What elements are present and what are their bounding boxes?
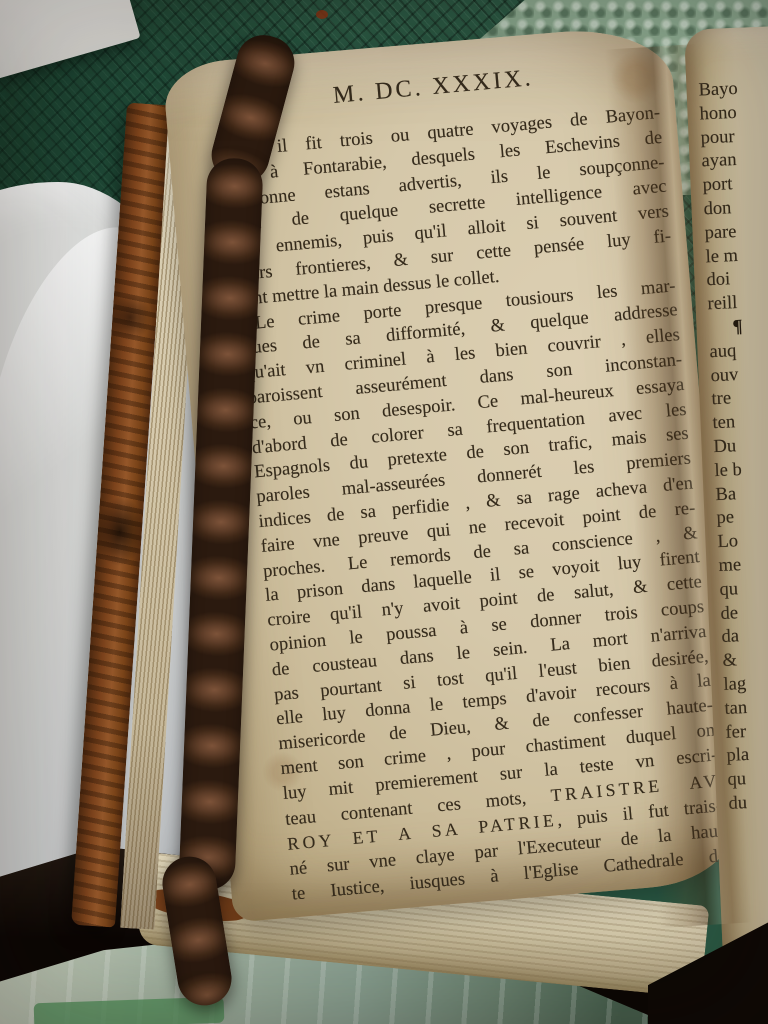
right-page-line: fer [725, 718, 768, 745]
right-page-line: & [722, 647, 768, 674]
right-page-line: ouv [710, 361, 768, 388]
right-page-line: le m [705, 242, 768, 269]
right-page-line: ¶ [708, 314, 768, 341]
right-page-line: du [728, 789, 768, 816]
left-page-body: tion, il fit trois ou quatre voyages de … [225, 101, 728, 907]
right-page-line: tre [711, 385, 768, 412]
right-page-line: reill [707, 290, 768, 317]
right-page-line: don [703, 195, 768, 222]
right-page-line: lag [723, 670, 768, 697]
right-page-line: pe [716, 504, 768, 531]
right-page-line: pare [704, 219, 768, 246]
right-page-line: ten [712, 409, 768, 436]
right-page-line: me [718, 552, 768, 579]
right-page-line: pour [700, 124, 768, 151]
right-page-line: port [702, 171, 768, 198]
right-page-line: tan [724, 694, 768, 721]
right-page-line: qu [727, 766, 768, 793]
right-page-line: doi [706, 266, 768, 293]
right-page-line: qu [719, 575, 768, 602]
right-page-line: pla [726, 742, 768, 769]
debris-speck [316, 10, 328, 19]
right-page-line: Bayo [698, 76, 768, 103]
right-page-line: Lo [717, 528, 768, 555]
right-page-line: auq [709, 338, 768, 365]
right-page-line: hono [699, 100, 768, 127]
right-page-line: da [721, 623, 768, 650]
right-page-line: Ba [715, 480, 768, 507]
right-page-line: ayan [701, 147, 768, 174]
left-page-text-block: 50 M. DC. XXXIX. tion, il fit trois ou q… [220, 53, 727, 907]
right-page-line: Du [713, 433, 768, 460]
photo-open-book-scene: 50 M. DC. XXXIX. tion, il fit trois ou q… [0, 0, 768, 1024]
right-page-line: de [720, 599, 768, 626]
right-page-line: le b [714, 456, 768, 483]
